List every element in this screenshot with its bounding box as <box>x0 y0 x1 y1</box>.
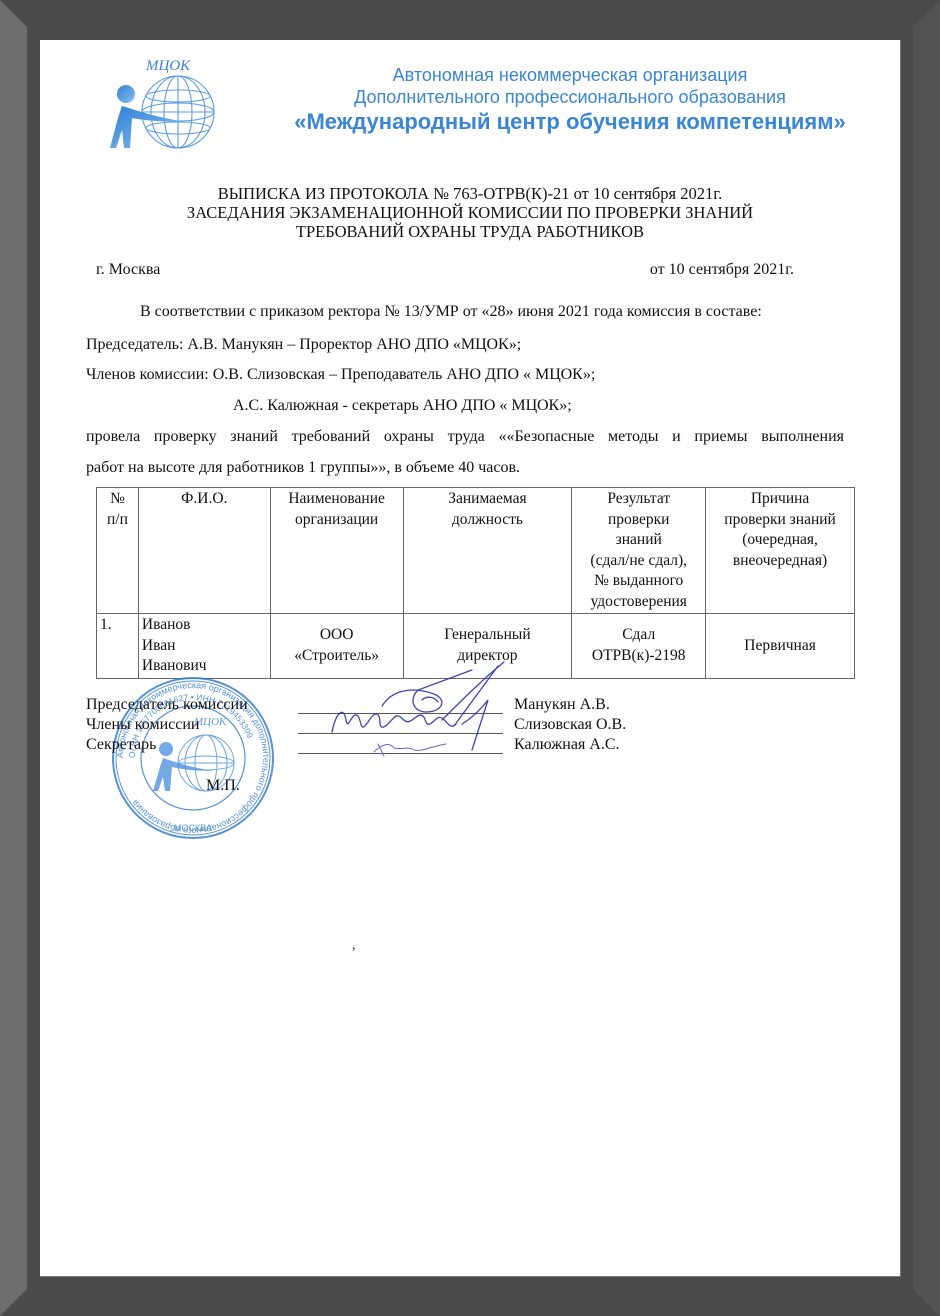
signature-role-members: Члены комиссии <box>86 715 199 735</box>
org-line-2: Дополнительного профессионального образо… <box>240 86 900 108</box>
header-reason: Причинапроверки знаний (очередная,внеоче… <box>706 488 855 614</box>
member-line-2: А.С. Калюжная - секретарь АНО ДПО « МЦОК… <box>233 397 572 415</box>
org-line-3: «Международный центр обучения компетенци… <box>240 108 900 136</box>
conducted-line-2: работ на высоте для работников 1 группы»… <box>86 459 520 477</box>
signature-name-secretary: Калюжная А.С. <box>514 735 620 755</box>
cell-num: 1. <box>97 614 139 679</box>
document-page: МЦОК Автономная некоммерческая организац… <box>40 40 901 1277</box>
svg-text:МОСКВА: МОСКВА <box>174 823 212 833</box>
place: г. Москва <box>96 261 160 279</box>
org-line-1: Автономная некоммерческая организация <box>240 64 900 86</box>
cell-reason: Первичная <box>706 614 855 679</box>
cell-result: СдалОТРВ(к)-2198 <box>572 614 706 679</box>
stray-mark: , <box>352 938 356 954</box>
intro-paragraph: В соответствии с приказом ректора № 13/У… <box>140 303 762 321</box>
header-fio: Ф.И.О. <box>138 488 270 614</box>
conducted-line-1: провела проверку знаний требований охран… <box>86 428 844 446</box>
header-position: Занимаемаядолжность <box>403 488 572 614</box>
header-num: №п/п <box>97 488 139 614</box>
svg-text:МЦОК: МЦОК <box>145 58 191 74</box>
table-header-row: №п/п Ф.И.О. Наименованиеорганизации Зани… <box>97 488 855 614</box>
frame-bevel-right <box>913 0 940 1316</box>
header-organization: Наименованиеорганизации <box>270 488 403 614</box>
document-date: от 10 сентября 2021г. <box>650 261 794 279</box>
header-result: Результатпроверки знаний(сдал/не сдал), … <box>572 488 706 614</box>
signature-name-members: Слизовская О.В. <box>514 715 626 735</box>
cell-fio: ИвановИванИванович <box>138 614 270 679</box>
title-line-1: ВЫПИСКА ИЗ ПРОТОКОЛА № 763-ОТРВ(К)-21 от… <box>40 184 900 203</box>
document-title: ВЫПИСКА ИЗ ПРОТОКОЛА № 763-ОТРВ(К)-21 от… <box>40 184 900 241</box>
seal-placeholder-label: М.П. <box>206 777 240 795</box>
signature-role-secretary: Секретарь <box>86 735 156 755</box>
chairman-line: Председатель: А.В. Манукян – Проректор А… <box>86 336 521 354</box>
signature-name-chairman: Манукян А.В. <box>514 695 610 715</box>
handwritten-signature-icon <box>322 660 522 772</box>
organization-header: Автономная некоммерческая организация До… <box>240 64 900 136</box>
frame-bevel-left <box>0 0 27 1316</box>
title-line-3: ТРЕБОВАНИЙ ОХРАНЫ ТРУДА РАБОТНИКОВ <box>40 222 900 241</box>
mcok-logo-icon: МЦОК <box>100 52 220 156</box>
member-line-1: Членов комиссии: О.В. Слизовская – Препо… <box>86 366 595 384</box>
signature-role-chairman: Председатель комиссии <box>86 695 248 715</box>
results-table: №п/п Ф.И.О. Наименованиеорганизации Зани… <box>96 487 855 679</box>
title-line-2: ЗАСЕДАНИЯ ЭКЗАМЕНАЦИОННОЙ КОМИССИИ ПО ПР… <box>40 203 900 222</box>
